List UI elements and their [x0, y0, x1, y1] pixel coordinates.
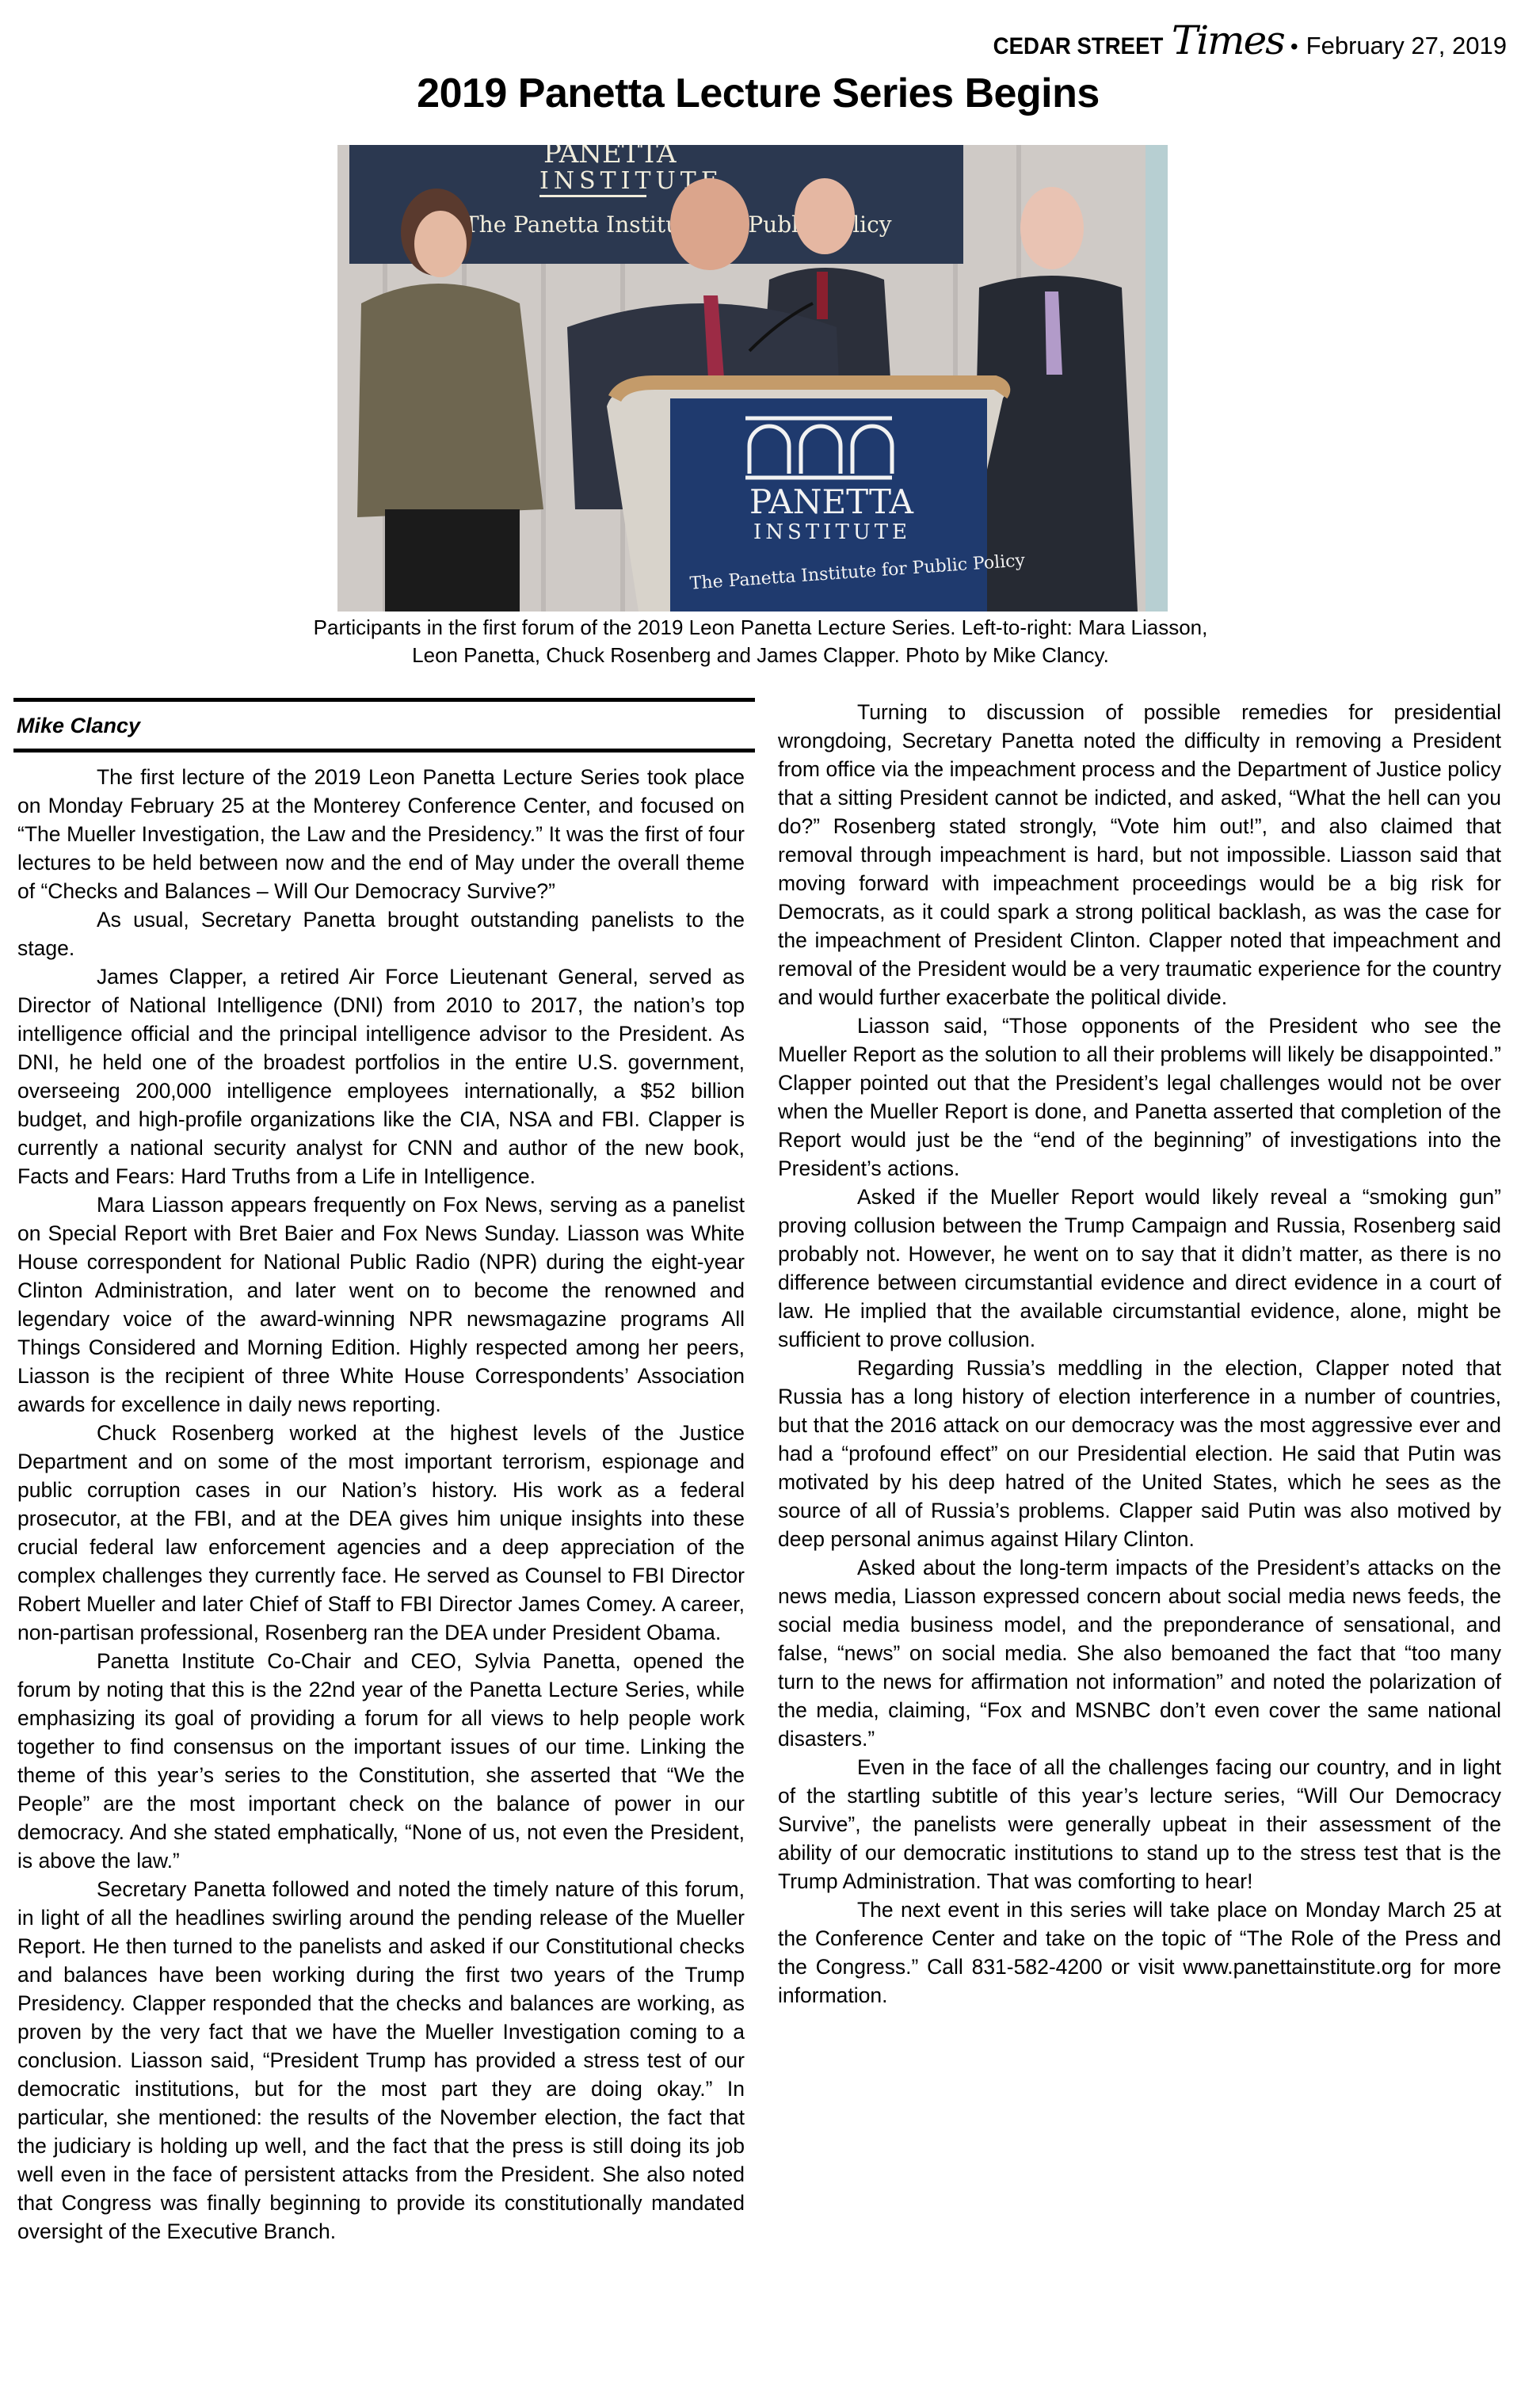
paragraph: Asked if the Mueller Report would likely… [778, 1183, 1501, 1354]
svg-text:PANETTA: PANETTA [749, 482, 914, 521]
paragraph: Turning to discussion of possible remedi… [778, 698, 1501, 1012]
masthead: CEDAR STREET Times • February 27, 2019 [978, 17, 1507, 73]
publication-script-logo: Times [1172, 17, 1284, 63]
article-photo: PANETTA INSTITUTE The Panetta Institute … [337, 145, 1168, 612]
author-byline: Mike Clancy [17, 714, 140, 738]
paragraph: Panetta Institute Co-Chair and CEO, Sylv… [17, 1647, 745, 1875]
paragraph: Secretary Panetta followed and noted the… [17, 1875, 745, 2246]
paragraph: Chuck Rosenberg worked at the highest le… [17, 1419, 745, 1647]
article-headline: 2019 Panetta Lecture Series Begins [0, 70, 1521, 117]
paragraph: Mara Liasson appears frequently on Fox N… [17, 1191, 745, 1419]
svg-text:INSTITUTE: INSTITUTE [753, 520, 911, 544]
paragraph: Asked about the long-term impacts of the… [778, 1553, 1501, 1753]
panel-photo-illustration: PANETTA INSTITUTE The Panetta Institute … [337, 145, 1168, 612]
bullet-separator: • [1290, 34, 1298, 59]
headline-text: 2019 Panetta Lecture Series Begins [417, 70, 1100, 117]
paragraph: James Clapper, a retired Air Force Lieut… [17, 962, 745, 1191]
right-column: Turning to discussion of possible remedi… [778, 698, 1501, 2010]
left-column: The first lecture of the 2019 Leon Panet… [17, 763, 745, 2246]
paragraph: Regarding Russia’s meddling in the elect… [778, 1354, 1501, 1553]
photo-caption: Participants in the first forum of the 2… [293, 614, 1228, 669]
issue-date: February 27, 2019 [1306, 32, 1507, 60]
paragraph: The next event in this series will take … [778, 1896, 1501, 2010]
publication-name: CEDAR STREET [993, 33, 1164, 60]
byline-box: Mike Clancy [13, 698, 755, 752]
paragraph: Liasson said, “Those opponents of the Pr… [778, 1012, 1501, 1183]
svg-text:PANETTA: PANETTA [543, 145, 677, 170]
paragraph: The first lecture of the 2019 Leon Panet… [17, 763, 745, 905]
paragraph: Even in the face of all the challenges f… [778, 1753, 1501, 1896]
paragraph: As usual, Secretary Panetta brought outs… [17, 905, 745, 962]
